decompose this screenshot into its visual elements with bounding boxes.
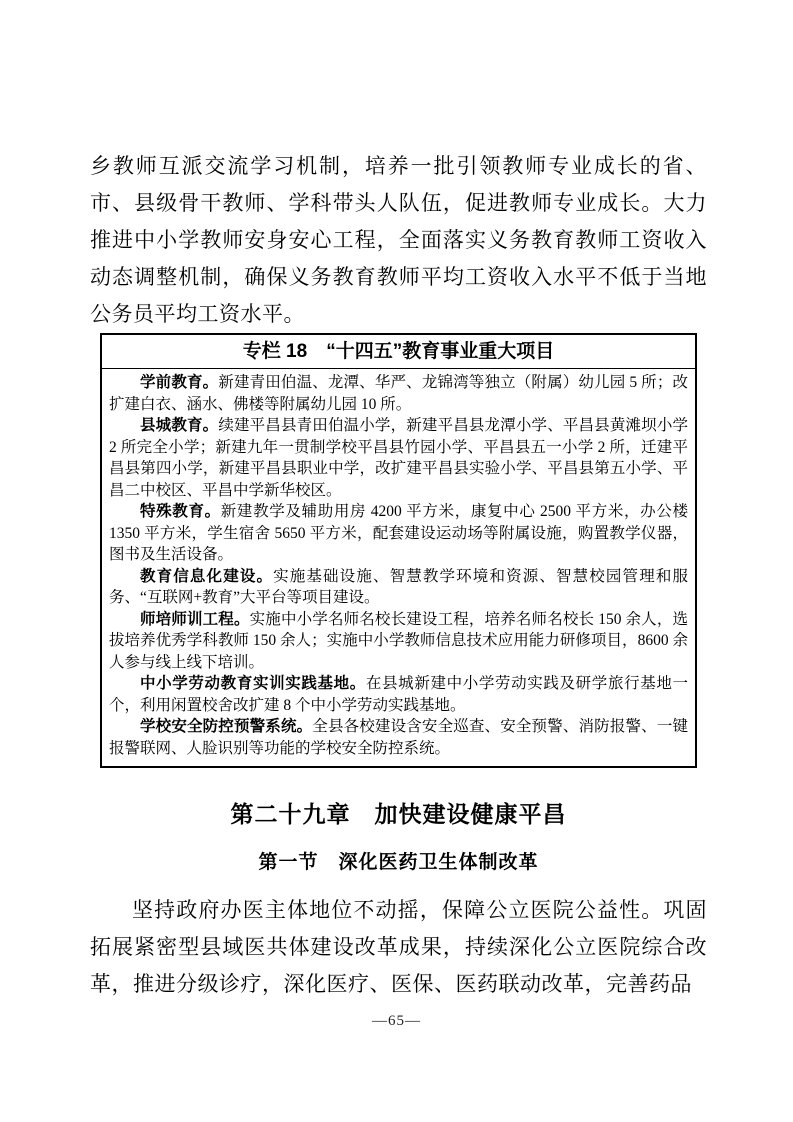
box-title: 专栏 18 “十四五”教育事业重大项目	[102, 335, 695, 369]
project-box: 专栏 18 “十四五”教育事业重大项目 学前教育。新建青田伯温、龙潭、华严、龙锦…	[100, 333, 697, 768]
page-content: 乡教师互派交流学习机制，培养一批引领教师专业成长的省、市、县级骨干教师、学科带头…	[90, 148, 707, 1003]
box-item: 学校安全防控预警系统。全县各校建设含安全巡查、安全预警、消防报警、一键报警联网、…	[109, 716, 688, 759]
box-item: 师培师训工程。实施中小学名师名校长建设工程，培养名师名校长 150 余人，选拔培…	[109, 609, 688, 674]
box-item-label: 县城教育。	[140, 417, 218, 434]
box-item: 学前教育。新建青田伯温、龙潭、华严、龙锦湾等独立（附属）幼儿园 5 所；改扩建白…	[109, 372, 688, 415]
box-item-label: 教育信息化建设。	[140, 568, 273, 585]
box-item: 教育信息化建设。实施基础设施、智慧教学环境和资源、智慧校园管理和服务、“互联网+…	[109, 566, 688, 609]
box-item-label: 学校安全防控预警系统。	[140, 718, 312, 735]
box-item-label: 中小学劳动教育实训实践基地。	[140, 675, 366, 692]
box-item-label: 师培师训工程。	[140, 611, 250, 628]
box-item: 中小学劳动教育实训实践基地。在县城新建中小学劳动实践及研学旅行基地一个，利用闲置…	[109, 673, 688, 716]
chapter-heading: 第二十九章 加快建设健康平昌	[90, 798, 707, 830]
box-item: 特殊教育。新建教学及辅助用房 4200 平方米，康复中心 2500 平方米，办公…	[109, 501, 688, 566]
document-page: 乡教师互派交流学习机制，培养一批引领教师专业成长的省、市、县级骨干教师、学科带头…	[0, 0, 793, 1122]
box-item-label: 特殊教育。	[140, 503, 221, 520]
box-body: 学前教育。新建青田伯温、龙潭、华严、龙锦湾等独立（附属）幼儿园 5 所；改扩建白…	[102, 369, 695, 766]
section-heading: 第一节 深化医药卫生体制改革	[90, 849, 707, 877]
page-number: —65—	[0, 1013, 793, 1030]
body-paragraph: 坚持政府办医主体地位不动摇，保障公立医院公益性。巩固拓展紧密型县域医共体建设改革…	[90, 892, 707, 1003]
box-item-label: 学前教育。	[140, 374, 218, 391]
intro-paragraph: 乡教师互派交流学习机制，培养一批引领教师专业成长的省、市、县级骨干教师、学科带头…	[90, 148, 707, 333]
box-item: 县城教育。续建平昌县青田伯温小学，新建平昌县龙潭小学、平昌县黄滩坝小学 2 所完…	[109, 415, 688, 501]
